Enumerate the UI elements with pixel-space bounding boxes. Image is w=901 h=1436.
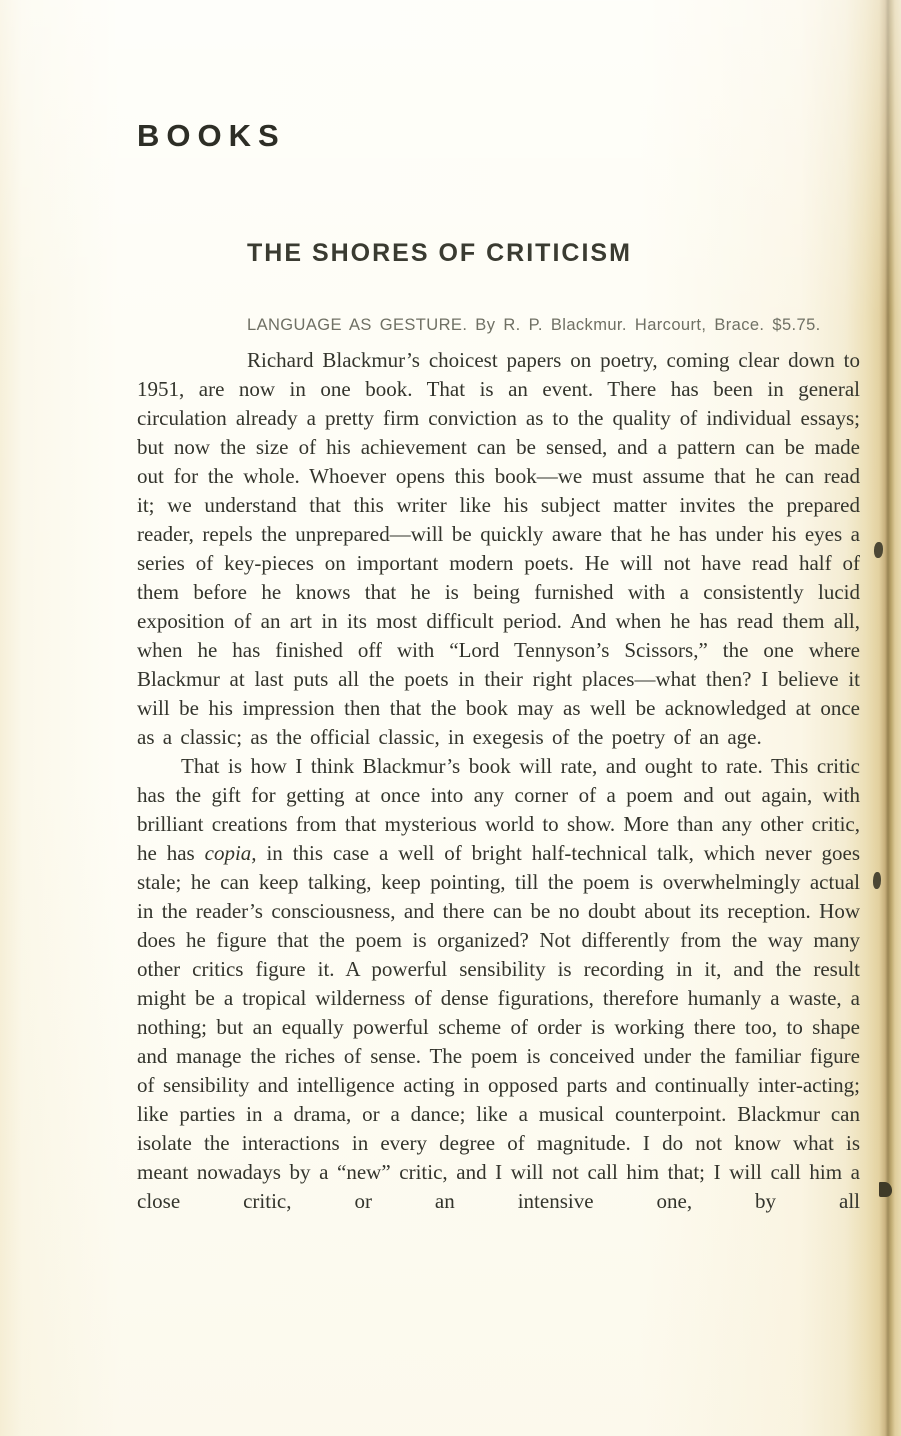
page-edge-ink-mark [873,872,881,889]
text-segment: in this case a well of bright half-techn… [137,841,860,1213]
section-heading: BOOKS [137,118,286,154]
article-title: THE SHORES OF CRITICISM [247,239,632,268]
paragraph: That is how I think Blackmur’s book will… [137,752,860,1216]
book-page-scan: BOOKS THE SHORES OF CRITICISM LANGUAGE A… [0,0,901,1436]
page-edge-ink-mark [879,1182,892,1197]
italic-text-segment: copia, [205,841,257,865]
article-body: Richard Blackmur’s choicest papers on po… [137,346,860,1216]
book-citation: LANGUAGE AS GESTURE. By R. P. Blackmur. … [247,316,867,335]
page-edge-ink-mark [874,542,883,558]
paragraph: Richard Blackmur’s choicest papers on po… [137,346,860,752]
text-segment: Richard Blackmur’s choicest papers on po… [137,348,860,749]
